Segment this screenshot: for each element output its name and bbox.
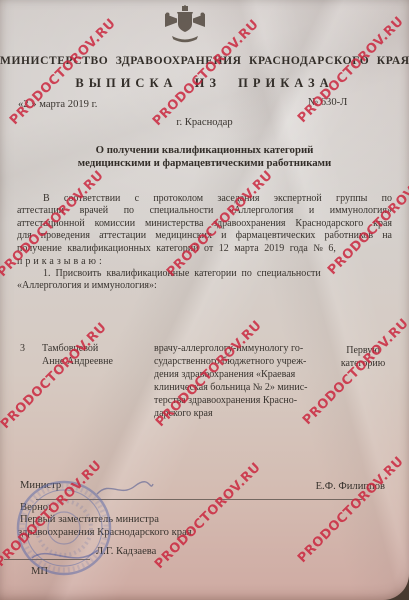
item-1-line1: 1. Присвоить квалификационные категории …: [17, 268, 392, 280]
order-date: «2 » марта 2019 г.: [18, 99, 97, 110]
document-type-title: ВЫПИСКА ИЗ ПРИКАЗА: [0, 76, 409, 91]
order-subject-line1: О получении квалификационных категорий: [0, 144, 409, 157]
body-line: получение квалификационных категорий от …: [17, 243, 392, 255]
employee-name-line: Анне Андреевне: [42, 355, 136, 368]
row-number: 3: [20, 342, 42, 420]
coat-of-arms-icon: [162, 5, 208, 43]
document-photo: МИНИСТЕРСТВО ЗДРАВООХРАНЕНИЯ КРАСНОДАРСК…: [0, 0, 409, 600]
decree-word: приказываю:: [17, 256, 392, 268]
employee-name: Тамбовцевой Анне Андреевне: [42, 342, 136, 420]
position-line: клиническая больница № 2» минис-: [154, 381, 316, 394]
category-line: Первую: [331, 344, 395, 357]
item-1-line2: «Аллергология и иммунология»:: [17, 280, 392, 292]
assigned-category: Первую категорию: [331, 342, 395, 420]
ministry-name: МИНИСТЕРСТВО ЗДРАВООХРАНЕНИЯ КРАСНОДАРСК…: [0, 55, 409, 67]
category-line: категорию: [331, 357, 395, 370]
minister-name: Е.Ф. Филиппов: [316, 481, 385, 492]
position-line: терства здравоохранения Красно-: [154, 394, 316, 407]
watermark: PRODOCTOROV.RU: [295, 454, 407, 566]
table-row: 3 Тамбовцевой Анне Андреевне врачу-аллер…: [20, 342, 395, 420]
body-line: аттестации врачей по специальности «Алле…: [17, 205, 392, 217]
minister-signature-icon: [95, 478, 155, 500]
position-line: врачу-аллергологу-иммунологу го-: [154, 342, 316, 355]
body-line: аттестационной комиссии министерства здр…: [17, 218, 392, 230]
watermark: PRODOCTOROV.RU: [152, 460, 264, 572]
position-line: дения здравоохранения «Краевая: [154, 368, 316, 381]
watermark: PRODOCTOROV.RU: [7, 16, 119, 128]
employee-position: врачу-аллергологу-иммунологу го- сударст…: [154, 342, 316, 420]
city: г. Краснодар: [0, 117, 409, 128]
body-line: В соответствии с протоколом заседания эк…: [17, 193, 392, 205]
employee-name-line: Тамбовцевой: [42, 342, 136, 355]
position-line: дарского края: [154, 407, 316, 420]
order-subject: О получении квалификационных категорий м…: [0, 144, 409, 170]
position-line: сударственного бюджетного учреж-: [154, 355, 316, 368]
body-line: для проведения аттестации медицинских и …: [17, 230, 392, 242]
watermark: PRODOCTOROV.RU: [295, 14, 407, 126]
order-subject-line2: медицинскими и фармацевтическими работни…: [0, 157, 409, 170]
order-body: В соответствии с протоколом заседания эк…: [17, 193, 392, 293]
order-number: № 630-Л: [308, 97, 347, 108]
